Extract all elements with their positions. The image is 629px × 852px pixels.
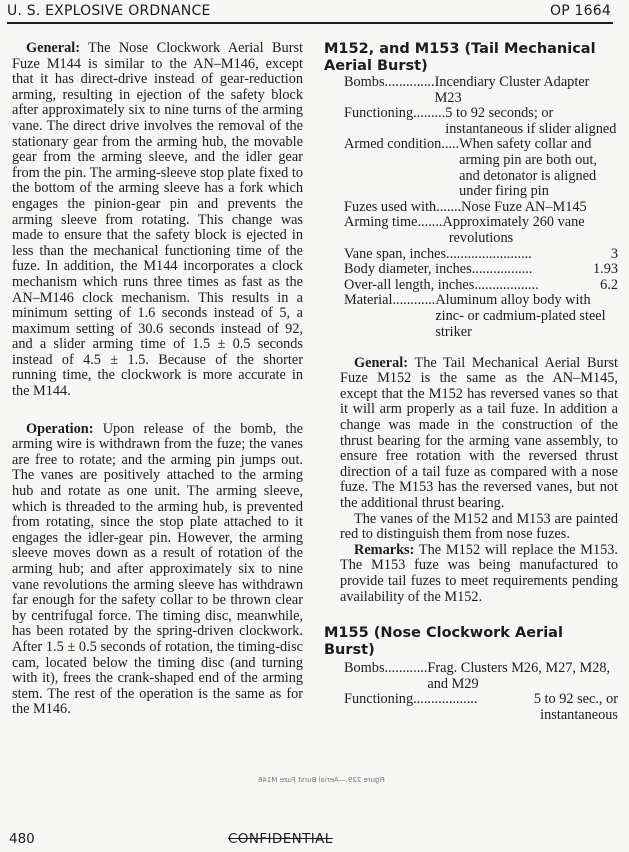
spec-row-bombs: Bombs..............Incendiary Cluster Ad… — [344, 75, 618, 106]
classification-marking: CONFIDENTIAL — [228, 831, 333, 847]
operation-lead: Operation: — [26, 421, 94, 437]
left-column: General: The Nose Clockwork Aerial Burst… — [12, 41, 303, 718]
m144-general-paragraph: General: The Nose Clockwork Aerial Burst… — [12, 41, 303, 400]
spec-row-armed-condition: Armed condition .....When safety collar … — [344, 137, 618, 199]
publication-title: U. S. EXPLOSIVE ORDNANCE — [7, 3, 211, 19]
m155-section-title: M155 (Nose Clockwork Aerial Burst) — [324, 625, 618, 659]
general-text: The Nose Clockwork Aerial Burst Fuze M14… — [12, 40, 303, 399]
spec-row-fuzes-used-with: Fuzes used with.......Nose Fuze AN–M145 — [344, 200, 618, 216]
vanes-note-paragraph: The vanes of the M152 and M153 are paint… — [340, 512, 618, 543]
m144-operation-paragraph: Operation: Upon release of the bomb, the… — [12, 422, 303, 718]
general-lead: General: — [354, 355, 408, 371]
spec-row-bombs: Bombs............Frag. Clusters M26, M27… — [344, 661, 618, 692]
operation-text: Upon release of the bomb, the arming wir… — [12, 421, 303, 718]
remarks-paragraph: Remarks: The M152 will replace the M153.… — [340, 543, 618, 605]
m155-spec-list: Bombs............Frag. Clusters M26, M27… — [344, 661, 618, 723]
right-column: M152, and M153 (Tail Mechanical Aerial B… — [340, 41, 618, 724]
general-lead: General: — [26, 40, 80, 56]
running-header: U. S. EXPLOSIVE ORDNANCE OP 1664 — [7, 2, 613, 24]
mirrored-figure-caption: Figure 229.—Aerial Burst Fuze M146 — [258, 776, 385, 784]
spec-row-vane-span: Vane span, inches.......................… — [344, 247, 618, 263]
spec-arming-time-continuation: revolutions — [344, 231, 618, 247]
spec-row-body-diameter: Body diameter, inches.................1.… — [344, 262, 618, 278]
page-number: 480 — [9, 831, 35, 847]
general-text: The Tail Mechanical Aerial Burst Fuze M1… — [340, 355, 618, 511]
spec-row-overall-length: Over-all length, inches.................… — [344, 278, 618, 294]
spec-row-functioning: Functioning.........5 to 92 seconds; or … — [344, 106, 618, 137]
spec-row-arming-time: Arming time.......Approximately 260 vane — [344, 215, 618, 231]
document-number: OP 1664 — [550, 3, 611, 19]
spec-row-functioning: Functioning..................5 to 92 sec… — [344, 692, 618, 723]
spec-row-material: Material............Aluminum alloy body … — [344, 293, 618, 340]
m152-m153-section-title: M152, and M153 (Tail Mechanical Aerial B… — [324, 41, 618, 75]
remarks-lead: Remarks: — [354, 542, 414, 558]
m152-general-paragraph: General: The Tail Mechanical Aerial Burs… — [340, 356, 618, 512]
m152-spec-list: Bombs..............Incendiary Cluster Ad… — [344, 75, 618, 340]
